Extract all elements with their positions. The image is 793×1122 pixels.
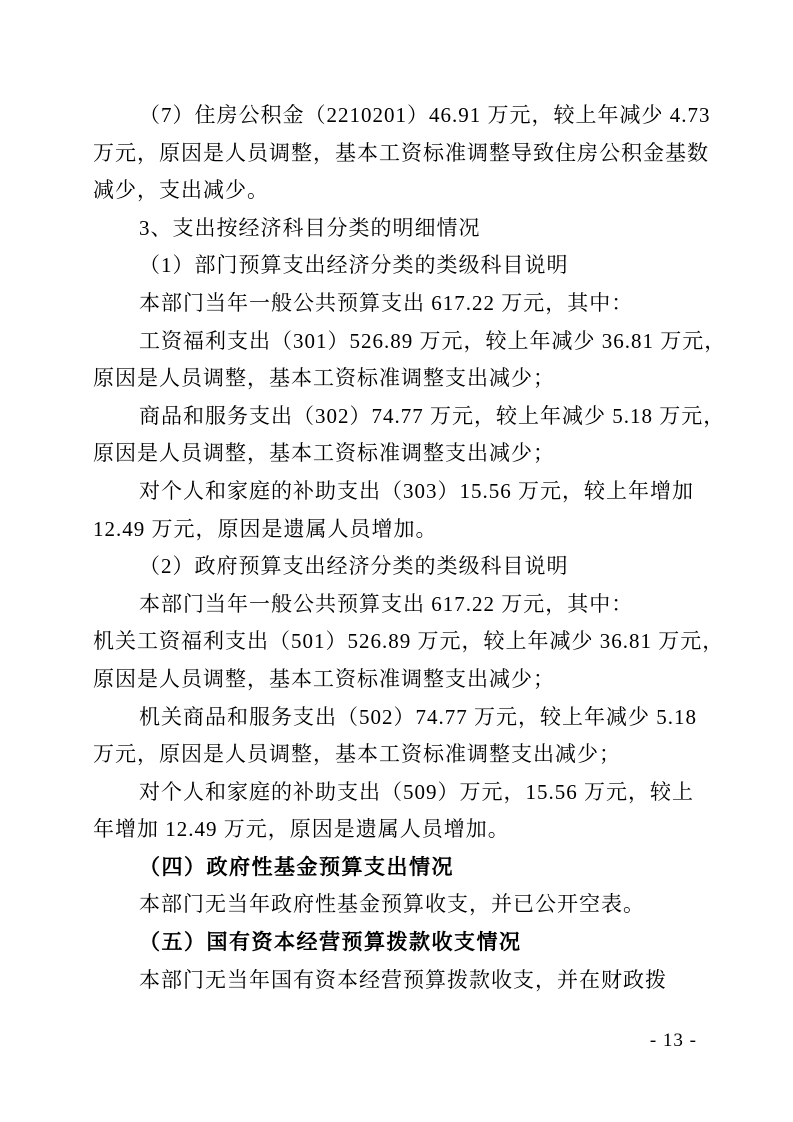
text-line: 万元，原因是人员调整，基本工资标准调整导致住房公积金基数 — [93, 135, 708, 173]
text-line: 工资福利支出（301）526.89 万元，较上年减少 36.81 万元， — [93, 323, 708, 361]
text-line: 对个人和家庭的补助支出（509）万元，15.56 万元，较上 — [93, 774, 708, 812]
text-line: （1）部门预算支出经济分类的类级科目说明 — [93, 247, 708, 285]
text-line: 本部门当年一般公共预算支出 617.22 万元，其中： — [93, 586, 708, 624]
text-line: 3、支出按经济科目分类的明细情况 — [93, 210, 708, 248]
text-line: 原因是人员调整，基本工资标准调整支出减少； — [93, 360, 708, 398]
page-number: - 13 - — [650, 1030, 697, 1052]
text-line: 12.49 万元，原因是遗属人员增加。 — [93, 511, 708, 549]
text-line: 减少，支出减少。 — [93, 172, 708, 210]
text-line: 本部门无当年政府性基金预算收支，并已公开空表。 — [93, 886, 708, 924]
text-line: 机关商品和服务支出（502）74.77 万元，较上年减少 5.18 — [93, 699, 708, 737]
text-line: 原因是人员调整，基本工资标准调整支出减少； — [93, 661, 708, 699]
text-line: （2）政府预算支出经济分类的类级科目说明 — [93, 548, 708, 586]
text-line: 万元，原因是人员调整，基本工资标准调整支出减少； — [93, 736, 708, 774]
text-line: 机关工资福利支出（501）526.89 万元，较上年减少 36.81 万元， — [93, 623, 708, 661]
text-line: 原因是人员调整，基本工资标准调整支出减少； — [93, 435, 708, 473]
text-line: 商品和服务支出（302）74.77 万元，较上年减少 5.18 万元， — [93, 398, 708, 436]
section-heading: （五）国有资本经营预算拨款收支情况 — [93, 924, 708, 962]
text-line: （7）住房公积金（2210201）46.91 万元，较上年减少 4.73 — [93, 97, 708, 135]
section-heading: （四）政府性基金预算支出情况 — [93, 849, 708, 887]
text-line: 年增加 12.49 万元，原因是遗属人员增加。 — [93, 811, 708, 849]
text-line: 本部门无当年国有资本经营预算拨款收支，并在财政拨 — [93, 962, 708, 1000]
text-line: 对个人和家庭的补助支出（303）15.56 万元，较上年增加 — [93, 473, 708, 511]
document-body: （7）住房公积金（2210201）46.91 万元，较上年减少 4.73万元，原… — [93, 97, 708, 999]
text-line: 本部门当年一般公共预算支出 617.22 万元，其中： — [93, 285, 708, 323]
document-page: （7）住房公积金（2210201）46.91 万元，较上年减少 4.73万元，原… — [0, 0, 793, 1122]
